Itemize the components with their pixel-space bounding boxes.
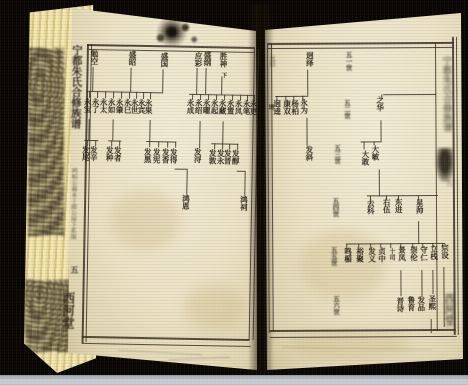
- person-name: 守仁: [419, 246, 427, 261]
- person-name: 迥逵: [272, 100, 280, 115]
- person-name: 迥绎: [305, 52, 313, 67]
- right-page-genealogy-chart: 宁都朱氏合修族谱 五 西河堂 远绍 五一世五二世五三世五四世五五世五六世 迥绎迥…: [0, 0, 468, 385]
- person-name: 鸣楣: [343, 248, 351, 263]
- person-name: 发品: [417, 296, 425, 311]
- person-name: 大敏: [371, 145, 379, 160]
- person-name: 去科: [366, 199, 374, 214]
- person-name: 十司: [387, 248, 394, 260]
- photo-bottom-edge-strip: [0, 375, 468, 385]
- person-name: 星帅: [415, 199, 423, 214]
- person-name: 立栈: [429, 245, 437, 260]
- person-name: 永为: [299, 99, 307, 114]
- right-page-person-names: 迥绎迥逵速康双杨柏永为之华发斜大敏大敢去科右伍东进星帅鸣楣裕聚发义贞中十司景凤崇…: [0, 0, 468, 385]
- photo-of-genealogy-book: 宁都朱氏合修族谱 鸣柏公裔永十郎公房下系图 五 西河堂 勉空盛昭盛国应彩盛纲胜神…: [0, 0, 468, 385]
- person-name: 东进: [394, 198, 402, 213]
- person-name: 宗设: [440, 244, 448, 259]
- person-name: 崇伦: [409, 246, 417, 261]
- person-name: 之华: [375, 96, 383, 111]
- person-name: 发斜: [305, 146, 313, 161]
- person-name: 发义: [367, 247, 375, 262]
- person-name: 鲁育: [407, 296, 415, 311]
- person-name: 景凤: [397, 246, 405, 261]
- person-name: 圣熙: [428, 295, 436, 310]
- person-name: 贞中: [377, 247, 385, 262]
- person-name: 杨柏: [290, 100, 298, 115]
- person-name: 大敢: [361, 150, 369, 165]
- person-name: 速: [267, 104, 273, 110]
- person-name: 晋诗: [396, 297, 404, 312]
- person-name: 裕聚: [355, 247, 363, 262]
- person-name: 右伍: [382, 198, 390, 213]
